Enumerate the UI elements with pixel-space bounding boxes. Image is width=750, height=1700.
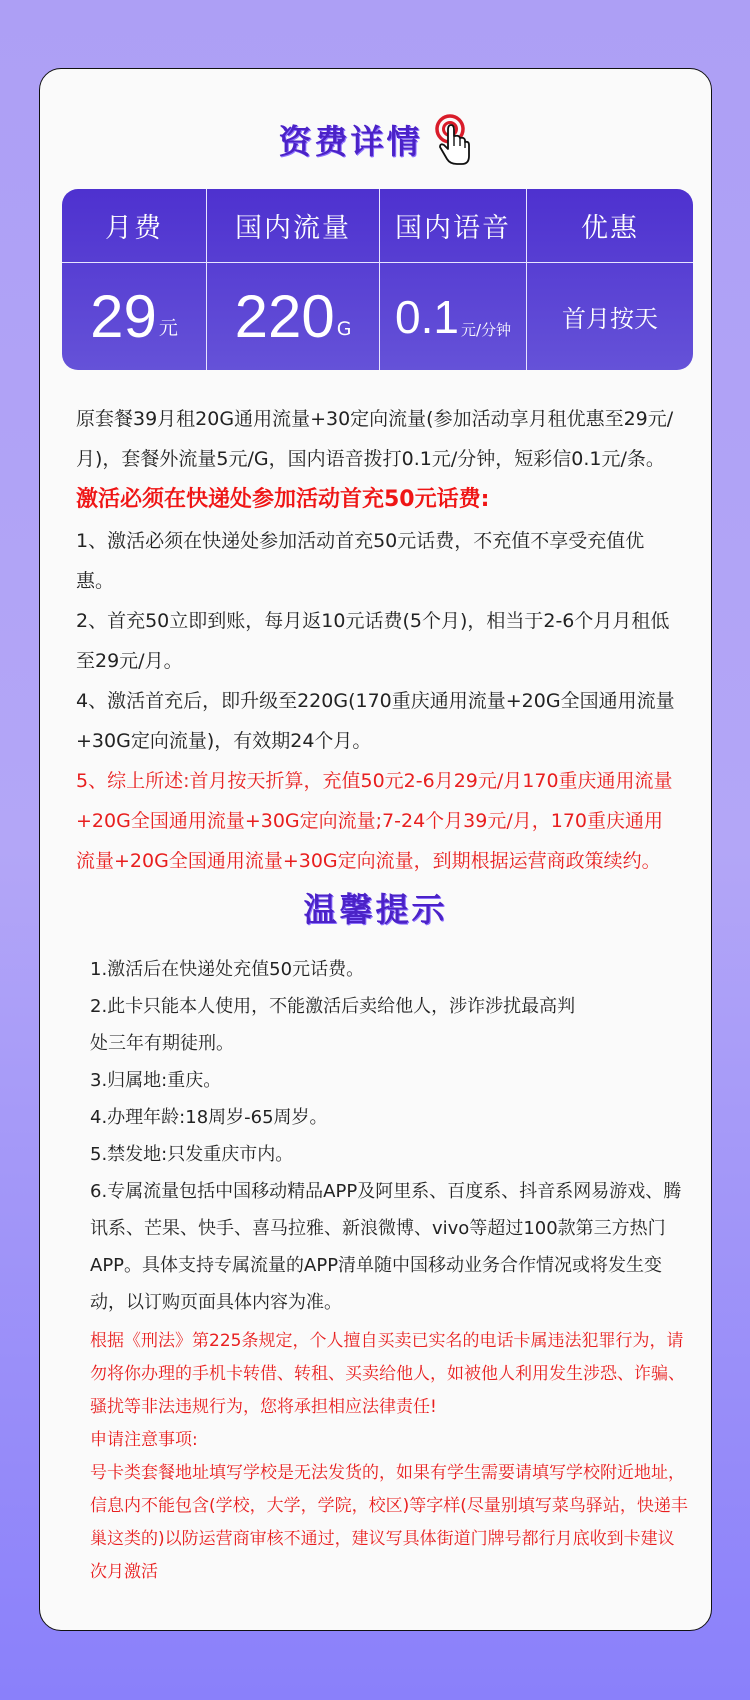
tip-item: 1.激活后在快递处充值50元话费。 [90,951,690,988]
domestic-data-value: 220 G [207,263,380,370]
tip-item: 6.专属流量包括中国移动精品APP及阿里系、百度系、抖音系网易游戏、腾讯系、芒果… [90,1173,690,1321]
fee-table: 月费 国内流量 国内语音 优惠 29 元 220 G 0.1 元/分钟 首月按天 [62,189,693,370]
tip-item: 3.归属地:重庆。 [90,1062,690,1099]
plan-intro: 原套餐39月租20G通用流量+30定向流量(参加活动享月租优惠至29元/月)，套… [76,399,676,479]
page-title: 资费详情 [279,116,423,163]
monthly-fee-number: 29 [90,287,157,347]
tips-list: 1.激活后在快递处充值50元话费。 2.此卡只能本人使用，不能激活后卖给他人，涉… [90,951,690,1589]
column-header-domestic-data: 国内流量 [207,189,380,263]
tip-item: 2.此卡只能本人使用，不能激活后卖给他人，涉诈涉扰最高判处三年有期徒刑。 [90,988,590,1062]
click-hand-icon [433,113,473,169]
legal-warning: 根据《刑法》第225条规定，个人擅自买卖已实名的电话卡属违法犯罪行为，请勿将你办… [90,1325,690,1424]
notice-body: 号卡类套餐地址填写学校是无法发货的，如果有学生需要请填写学校附近地址，信息内不能… [90,1457,690,1589]
column-header-monthly-fee: 月费 [62,189,207,263]
tips-title: 温馨提示 [304,884,448,931]
column-header-discount: 优惠 [527,189,693,263]
tips-header: 温馨提示 [40,884,711,931]
monthly-fee-value: 29 元 [62,263,207,370]
fee-details-header: 资费详情 [40,109,711,169]
discount-text: 首月按天 [562,299,658,334]
tip-item: 5.禁发地:只发重庆市内。 [90,1136,690,1173]
domestic-voice-number: 0.1 [395,294,459,340]
column-header-domestic-voice: 国内语音 [380,189,527,263]
plan-description: 原套餐39月租20G通用流量+30定向流量(参加活动享月租优惠至29元/月)，套… [76,399,676,881]
discount-value: 首月按天 [527,263,693,370]
domestic-data-unit: G [337,318,352,340]
tip-item: 4.办理年龄:18周岁-65周岁。 [90,1099,690,1136]
detail-item: 1、激活必须在快递处参加活动首充50元话费，不充值不享受充值优惠。 [76,521,676,601]
notice-heading: 申请注意事项: [90,1424,690,1457]
activation-alert-heading: 激活必须在快递处参加活动首充50元话费: [76,479,676,521]
domestic-voice-value: 0.1 元/分钟 [380,263,527,370]
detail-item: 2、首充50立即到账，每月返10元话费(5个月)，相当于2-6个月月租低至29元… [76,601,676,681]
plan-details-card: 资费详情 月费 国内流量 国内语音 优惠 29 元 220 G 0.1 元/分钟… [39,68,712,1631]
domestic-data-number: 220 [235,287,335,347]
domestic-voice-unit: 元/分钟 [461,319,511,340]
plan-summary: 5、综上所述:首月按天折算，充值50元2-6月29元/月170重庆通用流量+20… [76,761,676,881]
detail-item: 4、激活首充后，即升级至220G(170重庆通用流量+20G全国通用流量+30G… [76,681,676,761]
monthly-fee-unit: 元 [159,313,178,340]
